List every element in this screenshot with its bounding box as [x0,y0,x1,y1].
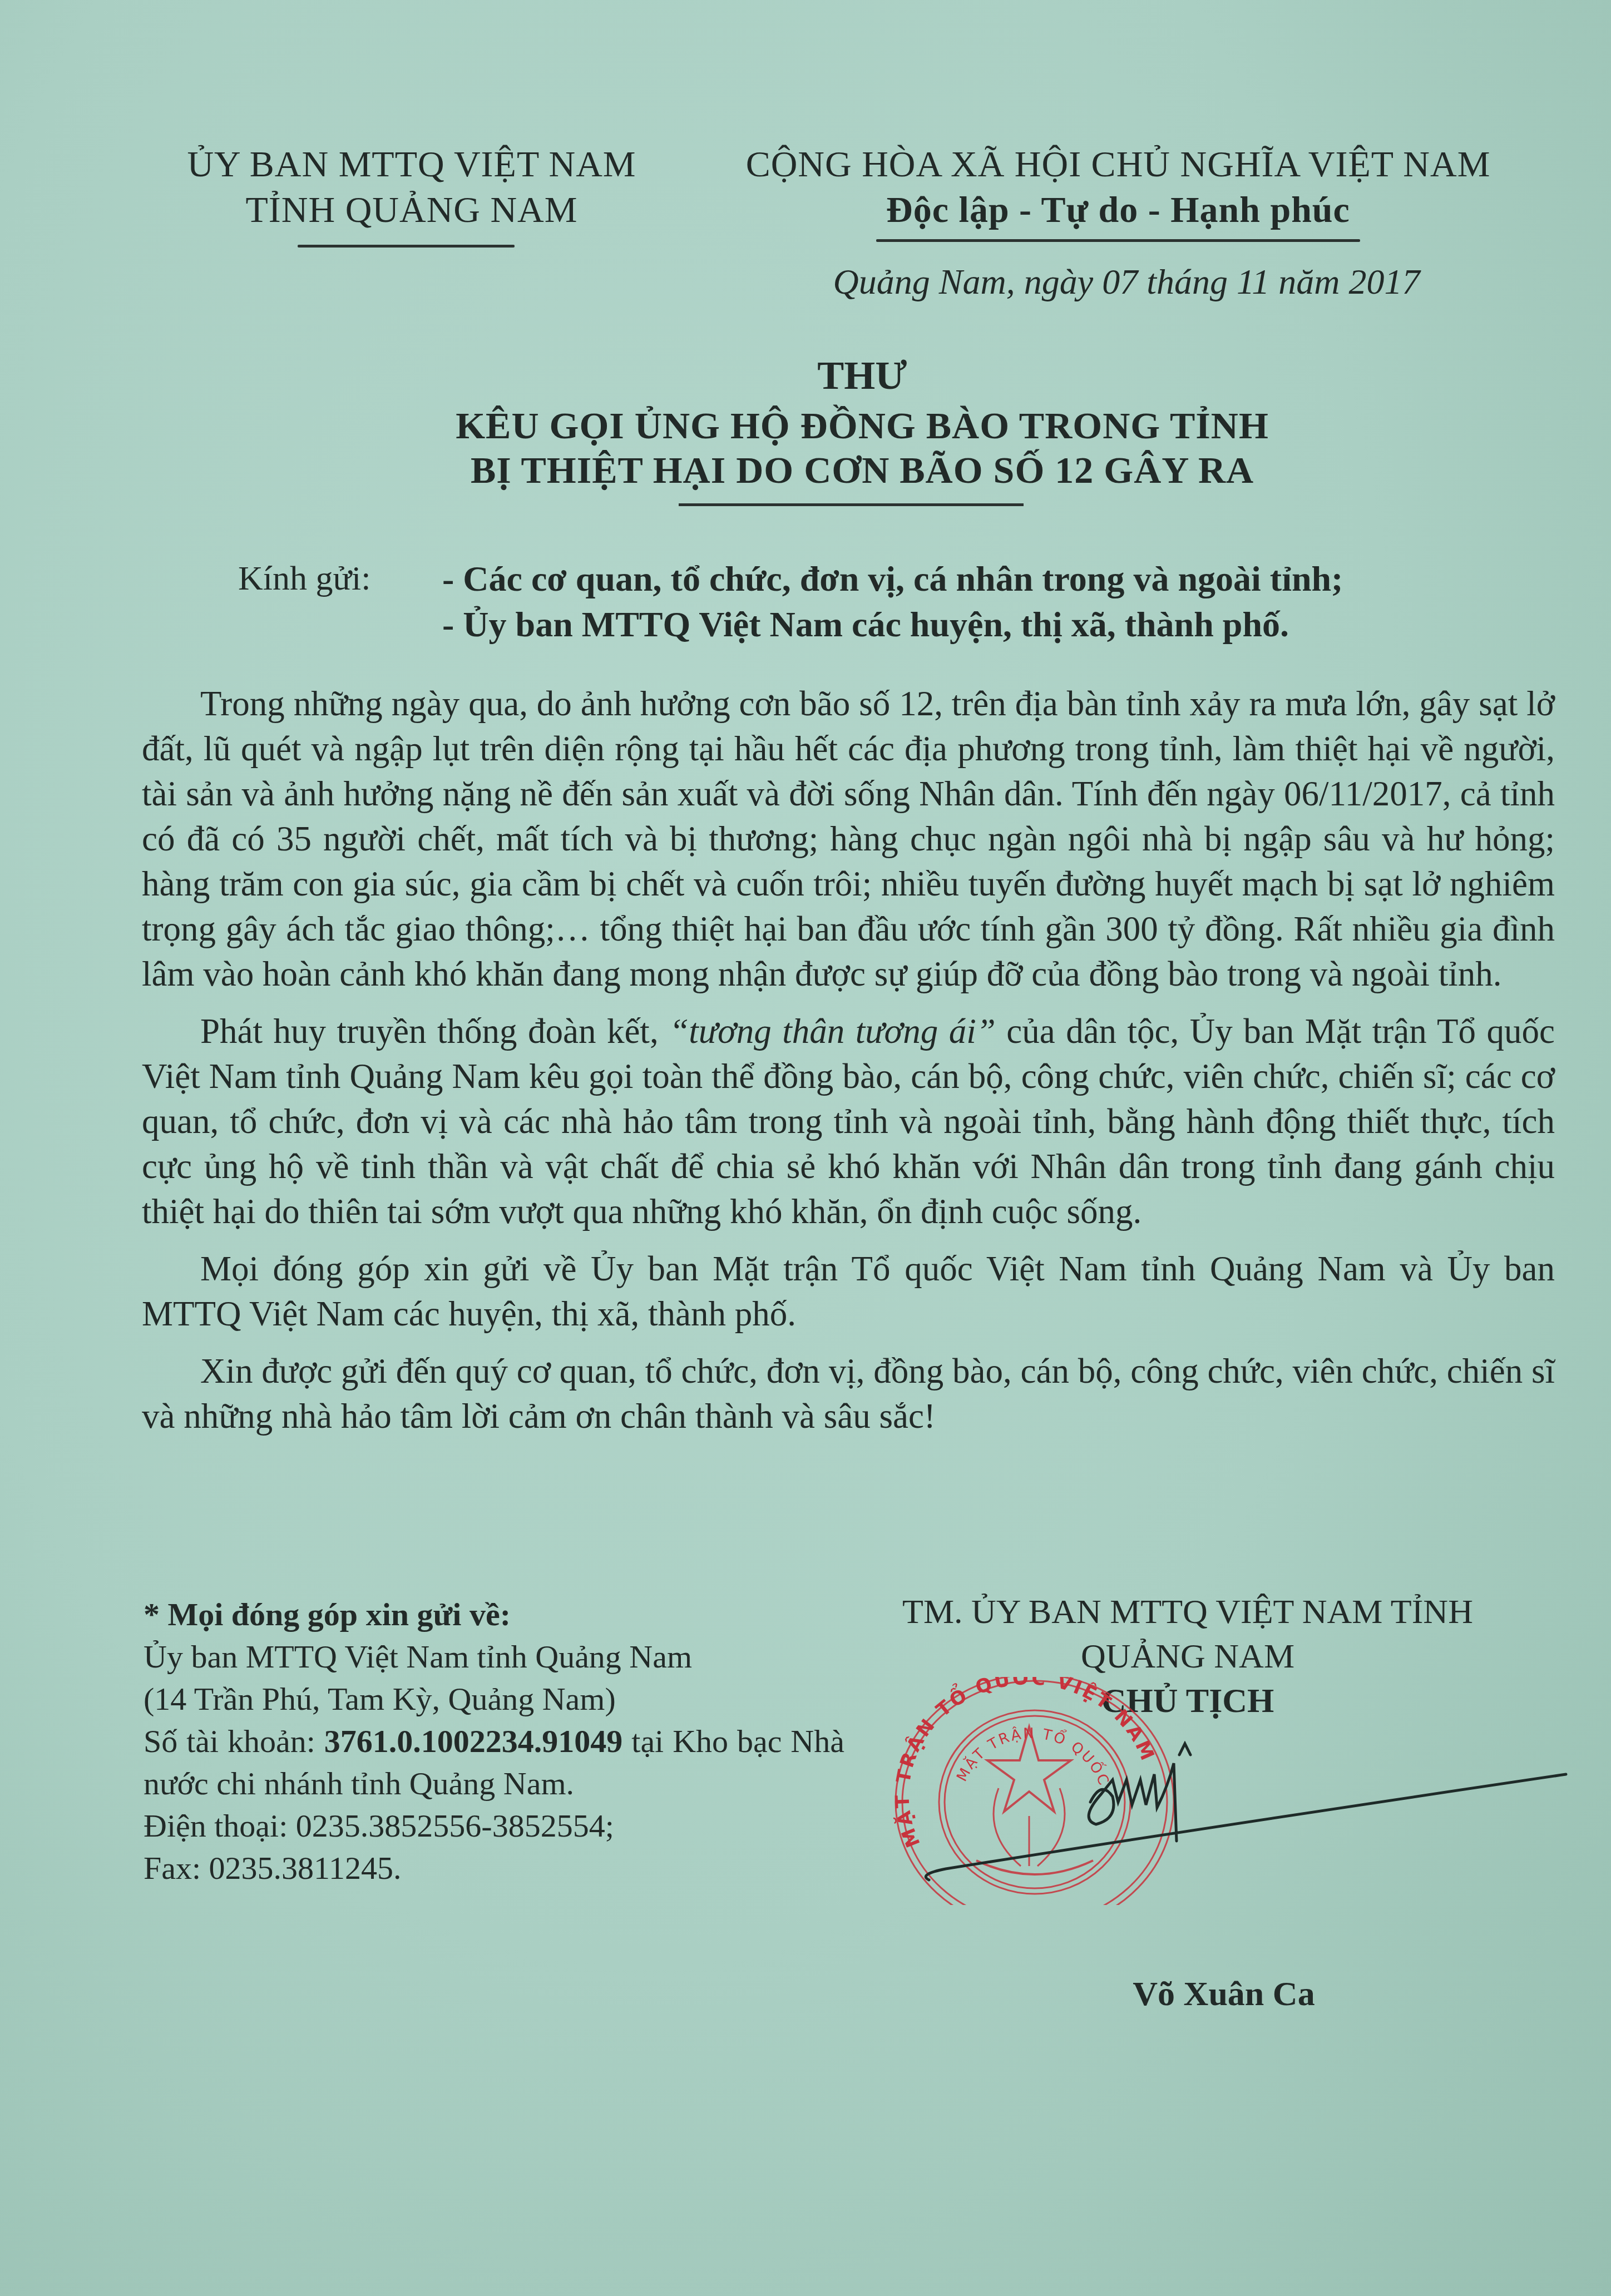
paragraph-situation: Trong những ngày qua, do ảnh hưởng cơn b… [142,681,1555,997]
national-motto: CỘNG HÒA XÃ HỘI CHỦ NGHĨA VIỆT NAM Độc l… [718,142,1519,233]
org-line-1: ỦY BAN MTTQ VIỆT NAM [161,142,662,187]
document-title: THƯ KÊU GỌI ỦNG HỘ ĐỒNG BÀO TRONG TỈNH B… [278,348,1446,492]
appeal-text-start: Phát huy truyền thống đoàn kết, [200,1012,669,1051]
addressee-item: - Ủy ban MTTQ Việt Nam các huyện, thị xã… [442,602,1343,647]
contribution-address: (14 Trần Phú, Tam Kỳ, Quảng Nam) [144,1678,844,1720]
title-line-3: BỊ THIỆT HẠI DO CƠN BÃO SỐ 12 GÂY RA [278,448,1446,492]
signatory-name: Võ Xuân Ca [1029,1975,1419,2014]
addressee-label: Kính gửi: [238,559,371,598]
account-number: 3761.0.1002234.91049 [324,1723,623,1759]
nation-line-2: Độc lập - Tự do - Hạnh phúc [718,187,1519,233]
addressee-list: - Các cơ quan, tổ chức, đơn vị, cá nhân … [442,556,1343,647]
contribution-org: Ủy ban MTTQ Việt Nam tỉnh Quảng Nam [144,1636,844,1678]
handwritten-signature-icon [912,1741,1585,1897]
paragraph-thanks: Xin được gửi đến quý cơ quan, tổ chức, đ… [142,1349,1555,1439]
signatory-org-line-2: QUẢNG NAM [840,1634,1535,1679]
addressee-item: - Các cơ quan, tổ chức, đơn vị, cá nhân … [442,556,1343,602]
org-line-2: TỈNH QUẢNG NAM [161,187,662,233]
paragraph-contributions: Mọi đóng góp xin gửi về Ủy ban Mặt trận … [142,1246,1555,1337]
issuing-organization: ỦY BAN MTTQ VIỆT NAM TỈNH QUẢNG NAM [161,142,662,233]
title-line-2: KÊU GỌI ỦNG HỘ ĐỒNG BÀO TRONG TỈNH [278,403,1446,448]
org-underline [298,245,515,248]
letter-body: Trong những ngày qua, do ảnh hưởng cơn b… [142,681,1555,1451]
nation-line-1: CỘNG HÒA XÃ HỘI CHỦ NGHĨA VIỆT NAM [718,142,1519,187]
paragraph-appeal: Phát huy truyền thống đoàn kết, “tương t… [142,1009,1555,1234]
bank-account: Số tài khoản: 3761.0.1002234.91049 tại K… [144,1720,844,1805]
account-label: Số tài khoản: [144,1723,324,1759]
motto-underline [876,239,1360,242]
document-date: Quảng Nam, ngày 07 tháng 11 năm 2017 [779,261,1474,303]
title-rule [679,503,1024,506]
signatory-org-line-1: TM. ỦY BAN MTTQ VIỆT NAM TỈNH [840,1590,1535,1634]
letter-page: ỦY BAN MTTQ VIỆT NAM TỈNH QUẢNG NAM CỘNG… [0,0,1611,2296]
phone-number: Điện thoại: 0235.3852556-3852554; [144,1805,844,1847]
fax-number: Fax: 0235.3811245. [144,1847,844,1889]
contribution-heading: * Mọi đóng góp xin gửi về: [144,1594,844,1636]
contribution-info: * Mọi đóng góp xin gửi về: Ủy ban MTTQ V… [144,1594,844,1889]
title-line-1: THƯ [278,348,1446,403]
appeal-quote: “tương thân tương ái” [669,1012,996,1051]
